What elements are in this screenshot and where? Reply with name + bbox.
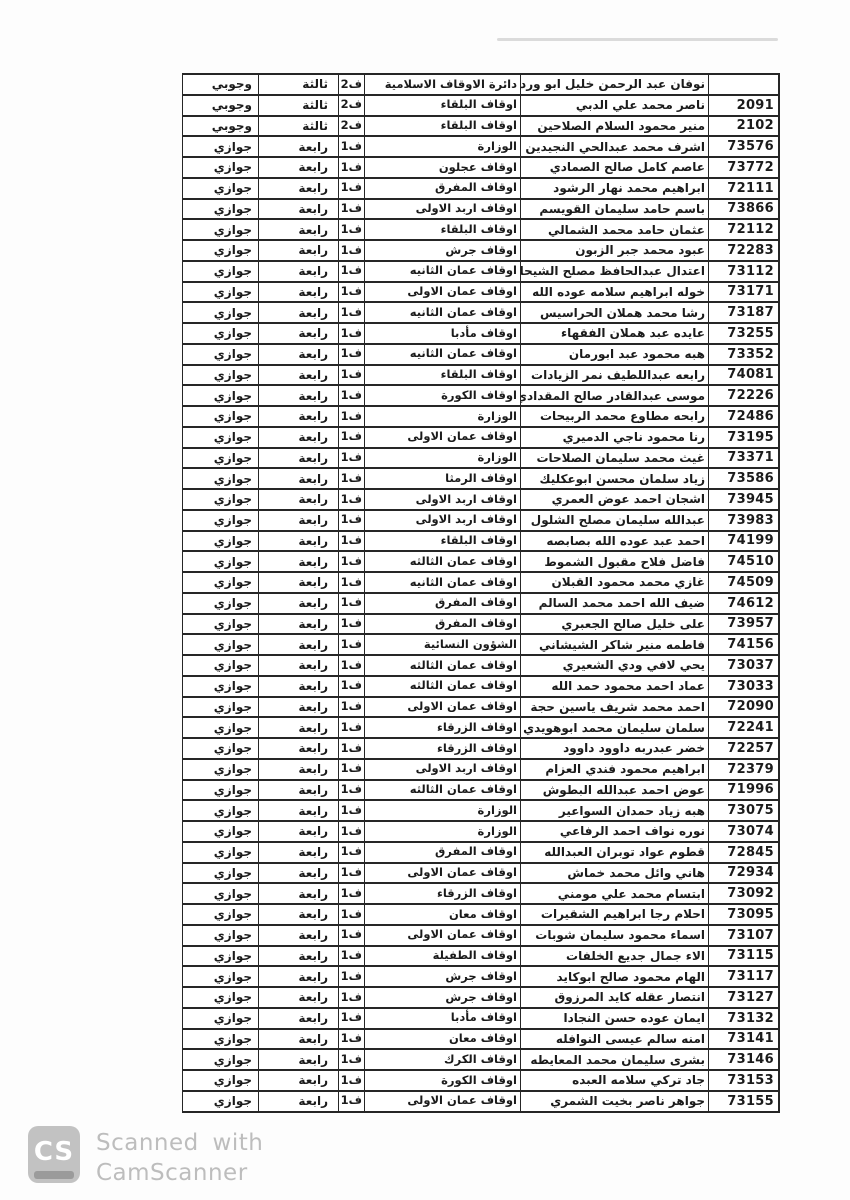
scan-artifact-line [497,38,778,41]
cell-type: جوازي [182,884,258,905]
cell-type: جوازي [182,905,258,926]
cell-employee-number: 74509 [708,573,778,594]
cell-employee-name: احلام رجا ابراهيم الشقيرات [520,905,708,926]
cell-grade: ثالثة [258,96,338,117]
scanned-page: نوفان عبد الرحمن خليل ابو ورده دائرة الا… [0,0,850,1200]
cell-department: اوقاف عجلون [364,158,520,179]
cell-employee-number: 73576 [708,137,778,158]
cell-type: جوازي [182,677,258,698]
cell-grade: رابعة [258,137,338,158]
cell-employee-number: 72112 [708,220,778,241]
cell-employee-number [708,75,778,96]
cell-employee-number: 73983 [708,511,778,532]
cell-department: اوقاف عمان الاولى [364,864,520,885]
watermark-line1: Scanned with [96,1128,263,1158]
cell-employee-name: موسى عبدالقادر صالح المقدادي [520,386,708,407]
cell-type: جوازي [182,864,258,885]
cell-type: جوازي [182,386,258,407]
cell-employee-name: ضيف الله احمد محمد السالم [520,594,708,615]
cell-class: ف1 [338,220,364,241]
cell-employee-number: 73153 [708,1071,778,1092]
cell-class: ف1 [338,1030,364,1051]
cell-department: اوقاف الزرقاء [364,884,520,905]
cell-grade: رابعة [258,635,338,656]
cell-department: اوقاف الكورة [364,386,520,407]
cell-employee-number: 73352 [708,345,778,366]
cell-class: ف1 [338,428,364,449]
cell-employee-number: 73095 [708,905,778,926]
cell-department: اوقاف عمان الاولى [364,926,520,947]
cell-grade: رابعة [258,656,338,677]
cell-employee-number: 74612 [708,594,778,615]
cell-employee-name: احمد عبد عوده الله بصابصه [520,532,708,553]
cell-employee-number: 71996 [708,781,778,802]
cell-grade: رابعة [258,1009,338,1030]
cell-grade: رابعة [258,615,338,636]
cell-class: ف1 [338,988,364,1009]
cell-employee-number: 73255 [708,324,778,345]
cell-class: ف1 [338,345,364,366]
cell-department: اوقاف معان [364,1030,520,1051]
camscanner-logo-icon: CS [28,1126,80,1183]
cell-employee-number: 73127 [708,988,778,1009]
cell-employee-number: 73112 [708,262,778,283]
cell-employee-name: جاد تركي سلامه العبده [520,1071,708,1092]
cell-department: اوقاف الكورة [364,1071,520,1092]
cell-class: ف1 [338,200,364,221]
cell-employee-number: 73772 [708,158,778,179]
cell-department: اوقاف عمان الاولى [364,428,520,449]
cell-class: ف1 [338,490,364,511]
cell-type: جوازي [182,615,258,636]
cell-class: ف1 [338,511,364,532]
cell-class: ف1 [338,781,364,802]
cell-class: ف1 [338,739,364,760]
cell-department: اوقاف جرش [364,988,520,1009]
cell-employee-name: ابراهيم محمود فندي العزام [520,760,708,781]
cell-type: جوازي [182,303,258,324]
cell-employee-number: 73371 [708,449,778,470]
cell-grade: رابعة [258,220,338,241]
cell-employee-name: باسم حامد سليمان القويسم [520,200,708,221]
camscanner-watermark: CS Scanned with CamScanner [28,1126,263,1188]
cell-grade: رابعة [258,200,338,221]
cell-employee-name: هبه زياد حمدان السواعير [520,801,708,822]
cell-employee-name: ايمان عوده حسن النجادا [520,1009,708,1030]
cell-employee-name: رابحه مطاوع محمد الربيحات [520,407,708,428]
cell-employee-number: 74156 [708,635,778,656]
cell-grade: رابعة [258,241,338,262]
cell-type: جوازي [182,760,258,781]
cell-type: وجوبي [182,96,258,117]
cell-class: ف1 [338,822,364,843]
cell-grade: رابعة [258,884,338,905]
cell-class: ف1 [338,656,364,677]
cell-grade: رابعة [258,905,338,926]
cell-type: جوازي [182,200,258,221]
cell-employee-name: فاطمه منير شاكر الشيشاني [520,635,708,656]
cell-type: جوازي [182,324,258,345]
cell-type: وجوبي [182,117,258,138]
cell-class: ف1 [338,324,364,345]
cell-type: جوازي [182,428,258,449]
cell-department: اوقاف البلقاء [364,366,520,387]
cell-employee-name: جواهر ناصر بخيت الشمري [520,1092,708,1113]
cell-grade: رابعة [258,262,338,283]
cell-class: ف1 [338,283,364,304]
cell-department: اوقاف عمان الثالثه [364,552,520,573]
cell-employee-name: ناصر محمد علي الدبي [520,96,708,117]
cell-department: الوزارة [364,407,520,428]
cell-department: اوقاف عمان الثانيه [364,573,520,594]
cell-employee-name: رابعه عبداللطيف نمر الزيادات [520,366,708,387]
cell-employee-number: 72257 [708,739,778,760]
cell-department: اوقاف الزرقاء [364,718,520,739]
cell-employee-name: اعتدال عبدالحافظ مصلح الشيحان [520,262,708,283]
cell-class: ف1 [338,573,364,594]
cell-employee-number: 73957 [708,615,778,636]
cell-employee-name: امنه سالم عيسى النوافله [520,1030,708,1051]
cell-employee-name: يحي لافي ودي الشعيري [520,656,708,677]
cell-type: جوازي [182,490,258,511]
watermark-line2: CamScanner [96,1158,263,1188]
cell-type: جوازي [182,449,258,470]
cell-type: جوازي [182,781,258,802]
cell-class: ف1 [338,635,364,656]
cell-department: اوقاف عمان الثالثه [364,677,520,698]
cell-type: جوازي [182,469,258,490]
cell-department: اوقاف جرش [364,241,520,262]
cell-employee-number: 2102 [708,117,778,138]
cell-employee-number: 74199 [708,532,778,553]
cell-department: اوقاف البلقاء [364,532,520,553]
cell-type: جوازي [182,988,258,1009]
cell-department: اوقاف عمان الاولى [364,283,520,304]
cell-grade: رابعة [258,677,338,698]
cell-employee-name: خضر عبدربه داوود داوود [520,739,708,760]
cell-department: اوقاف عمان الثانيه [364,262,520,283]
cell-class: ف1 [338,407,364,428]
cell-grade: ثالثة [258,117,338,138]
cell-department: اوقاف مأدبا [364,324,520,345]
cell-grade: رابعة [258,283,338,304]
cell-employee-name: عايده عبد هملان الفقهاء [520,324,708,345]
cell-grade: رابعة [258,988,338,1009]
camscanner-logo-base [34,1171,74,1179]
cell-grade: رابعة [258,864,338,885]
cell-department: اوقاف اربد الاولى [364,200,520,221]
cell-class: ف1 [338,1092,364,1113]
cell-type: جوازي [182,594,258,615]
cell-type: جوازي [182,283,258,304]
cell-type: جوازي [182,158,258,179]
cell-employee-number: 73171 [708,283,778,304]
cell-class: ف1 [338,760,364,781]
cell-type: جوازي [182,179,258,200]
cell-grade: رابعة [258,739,338,760]
cell-type: جوازي [182,407,258,428]
cell-grade: رابعة [258,511,338,532]
cell-type: جوازي [182,947,258,968]
cell-grade: رابعة [258,594,338,615]
cell-class: ف1 [338,947,364,968]
cell-grade: رابعة [258,552,338,573]
cell-class: ف2 [338,75,364,96]
cell-grade: رابعة [258,781,338,802]
cell-employee-name: رنا محمود ناجي الدميري [520,428,708,449]
cell-department: اوقاف المفرق [364,843,520,864]
cell-grade: رابعة [258,490,338,511]
cell-employee-name: اشرف محمد عبدالحي النجيدين بطو [520,137,708,158]
cell-employee-number: 73132 [708,1009,778,1030]
cell-grade: رابعة [258,1092,338,1113]
cell-employee-name: احمد محمد شريف ياسين حجة [520,698,708,719]
cell-department: الوزارة [364,801,520,822]
cell-department: اوقاف اربد الاولى [364,490,520,511]
cell-employee-name: الهام محمود صالح ابوكايد [520,967,708,988]
cell-class: ف1 [338,262,364,283]
cell-department: اوقاف البلقاء [364,117,520,138]
cell-employee-name: نوفان عبد الرحمن خليل ابو ورده [520,75,708,96]
cell-employee-number: 74510 [708,552,778,573]
cell-grade: رابعة [258,760,338,781]
cell-class: ف1 [338,677,364,698]
cell-employee-name: فاضل فلاح مقبول الشموط [520,552,708,573]
cell-type: جوازي [182,1050,258,1071]
cell-class: ف1 [338,386,364,407]
cell-grade: رابعة [258,1050,338,1071]
cell-class: ف1 [338,532,364,553]
cell-employee-name: غيث محمد سليمان الصلاحات [520,449,708,470]
cell-department: اوقاف البلقاء [364,220,520,241]
cell-class: ف1 [338,303,364,324]
cell-employee-name: نوره نواف احمد الرفاعي [520,822,708,843]
cell-class: ف1 [338,366,364,387]
cell-grade: رابعة [258,822,338,843]
cell-employee-name: زياد سلمان محسن ابوعكليك [520,469,708,490]
cell-grade: رابعة [258,698,338,719]
cell-class: ف1 [338,905,364,926]
cell-department: اوقاف الزرقاء [364,739,520,760]
cell-type: وجوبي [182,75,258,96]
cell-department: اوقاف الطفيلة [364,947,520,968]
cell-class: ف1 [338,1071,364,1092]
cell-type: جوازي [182,1092,258,1113]
cell-grade: رابعة [258,926,338,947]
cell-type: جوازي [182,241,258,262]
cell-class: ف1 [338,718,364,739]
cell-department: اوقاف عمان الثانيه [364,345,520,366]
cell-employee-number: 73146 [708,1050,778,1071]
cell-type: جوازي [182,635,258,656]
cell-type: جوازي [182,1009,258,1030]
cell-type: جوازي [182,739,258,760]
cell-grade: رابعة [258,1071,338,1092]
cell-employee-number: 2091 [708,96,778,117]
cell-employee-name: على خليل صالح الجعبري [520,615,708,636]
cell-employee-number: 73195 [708,428,778,449]
cell-class: ف1 [338,926,364,947]
records-table: نوفان عبد الرحمن خليل ابو ورده دائرة الا… [182,73,780,1113]
cell-employee-name: ابتسام محمد علي مومني [520,884,708,905]
cell-department: الشؤون النسائية [364,635,520,656]
cell-class: ف1 [338,1009,364,1030]
cell-type: جوازي [182,656,258,677]
cell-employee-number: 73074 [708,822,778,843]
cell-employee-name: عماد احمد محمود حمد الله [520,677,708,698]
cell-employee-number: 72090 [708,698,778,719]
cell-employee-number: 72111 [708,179,778,200]
cell-department: اوقاف اربد الاولى [364,760,520,781]
cell-employee-number: 73037 [708,656,778,677]
cell-employee-number: 72283 [708,241,778,262]
cell-department: اوقاف الكرك [364,1050,520,1071]
cell-class: ف1 [338,615,364,636]
cell-class: ف1 [338,179,364,200]
cell-type: جوازي [182,967,258,988]
cell-department: اوقاف جرش [364,967,520,988]
cell-employee-name: اسماء محمود سليمان شوبات [520,926,708,947]
cell-type: جوازي [182,698,258,719]
cell-grade: رابعة [258,158,338,179]
cell-class: ف1 [338,864,364,885]
cell-employee-number: 72379 [708,760,778,781]
cell-grade: رابعة [258,532,338,553]
cell-class: ف1 [338,1050,364,1071]
cell-employee-number: 73187 [708,303,778,324]
cell-department: الوزارة [364,822,520,843]
cell-department: اوقاف عمان الاولى [364,698,520,719]
cell-type: جوازي [182,822,258,843]
camscanner-watermark-text: Scanned with CamScanner [96,1128,263,1188]
cell-class: ف1 [338,884,364,905]
cell-department: اوقاف معان [364,905,520,926]
cell-class: ف1 [338,449,364,470]
cell-employee-name: ابراهيم محمد نهار الرشود [520,179,708,200]
cell-department: الوزارة [364,137,520,158]
cell-employee-number: 73117 [708,967,778,988]
cell-employee-name: منير محمود السلام الصلاحين [520,117,708,138]
camscanner-logo-text: CS [34,1137,74,1167]
cell-employee-name: عوض احمد عبدالله البطوش [520,781,708,802]
cell-class: ف1 [338,552,364,573]
cell-grade: رابعة [258,428,338,449]
cell-grade: رابعة [258,718,338,739]
cell-employee-name: هبه محمود عبد ابورمان [520,345,708,366]
cell-type: جوازي [182,366,258,387]
cell-employee-name: هاني وائل محمد خماش [520,864,708,885]
cell-type: جوازي [182,345,258,366]
cell-grade: رابعة [258,324,338,345]
cell-type: جوازي [182,262,258,283]
cell-grade: رابعة [258,843,338,864]
cell-class: ف1 [338,137,364,158]
cell-class: ف1 [338,843,364,864]
cell-employee-number: 73115 [708,947,778,968]
cell-grade: رابعة [258,345,338,366]
cell-employee-number: 72845 [708,843,778,864]
cell-employee-number: 72241 [708,718,778,739]
cell-employee-number: 73141 [708,1030,778,1051]
cell-department: اوقاف مأدبا [364,1009,520,1030]
cell-employee-number: 73092 [708,884,778,905]
cell-class: ف1 [338,158,364,179]
cell-department: اوقاف المفرق [364,179,520,200]
cell-type: جوازي [182,511,258,532]
cell-type: جوازي [182,1071,258,1092]
cell-department: اوقاف عمان الثانيه [364,303,520,324]
cell-employee-number: 73107 [708,926,778,947]
cell-department: اوقاف البلقاء [364,96,520,117]
cell-employee-name: عبود محمد جبر الزبون [520,241,708,262]
cell-employee-number: 73866 [708,200,778,221]
cell-grade: رابعة [258,469,338,490]
cell-employee-name: عبدالله سليمان مصلح الشلول [520,511,708,532]
cell-type: جوازي [182,926,258,947]
cell-employee-number: 73155 [708,1092,778,1113]
cell-department: الوزارة [364,449,520,470]
cell-grade: رابعة [258,366,338,387]
cell-grade: رابعة [258,1030,338,1051]
cell-employee-name: عاصم كامل صالح الصمادي [520,158,708,179]
cell-class: ف2 [338,117,364,138]
cell-employee-number: 72934 [708,864,778,885]
cell-employee-name: اشجان احمد عوض العمري [520,490,708,511]
cell-type: جوازي [182,1030,258,1051]
cell-employee-name: بشرى سليمان محمد المعايطه [520,1050,708,1071]
cell-class: ف1 [338,241,364,262]
cell-grade: رابعة [258,303,338,324]
cell-type: جوازي [182,220,258,241]
cell-employee-number: 73586 [708,469,778,490]
cell-department: اوقاف الرمثا [364,469,520,490]
cell-employee-number: 73033 [708,677,778,698]
cell-employee-name: قطوم عواد توبران العبدالله [520,843,708,864]
cell-grade: رابعة [258,573,338,594]
cell-type: جوازي [182,137,258,158]
cell-grade: رابعة [258,967,338,988]
cell-type: جوازي [182,718,258,739]
cell-grade: ثالثة [258,75,338,96]
cell-department: اوقاف عمان الاولى [364,1092,520,1113]
cell-grade: رابعة [258,407,338,428]
cell-employee-number: 73945 [708,490,778,511]
cell-class: ف1 [338,801,364,822]
cell-grade: رابعة [258,179,338,200]
cell-grade: رابعة [258,449,338,470]
cell-class: ف1 [338,698,364,719]
cell-type: جوازي [182,532,258,553]
cell-grade: رابعة [258,947,338,968]
cell-department: اوقاف عمان الثالثه [364,656,520,677]
cell-type: جوازي [182,843,258,864]
cell-department: اوقاف اربد الاولى [364,511,520,532]
cell-employee-name: سلمان سليمان محمد ابوهويدي [520,718,708,739]
cell-department: اوقاف عمان الثالثه [364,781,520,802]
cell-class: ف1 [338,967,364,988]
cell-employee-name: رشا محمد هملان الحراسيس [520,303,708,324]
cell-class: ف2 [338,96,364,117]
cell-type: جوازي [182,573,258,594]
cell-employee-number: 72226 [708,386,778,407]
cell-employee-name: غازي محمد محمود القبلان [520,573,708,594]
cell-class: ف1 [338,469,364,490]
cell-employee-number: 72486 [708,407,778,428]
cell-department: دائرة الاوقاف الاسلامية [364,75,520,96]
cell-department: اوقاف المفرق [364,615,520,636]
cell-department: اوقاف المفرق [364,594,520,615]
cell-class: ف1 [338,594,364,615]
